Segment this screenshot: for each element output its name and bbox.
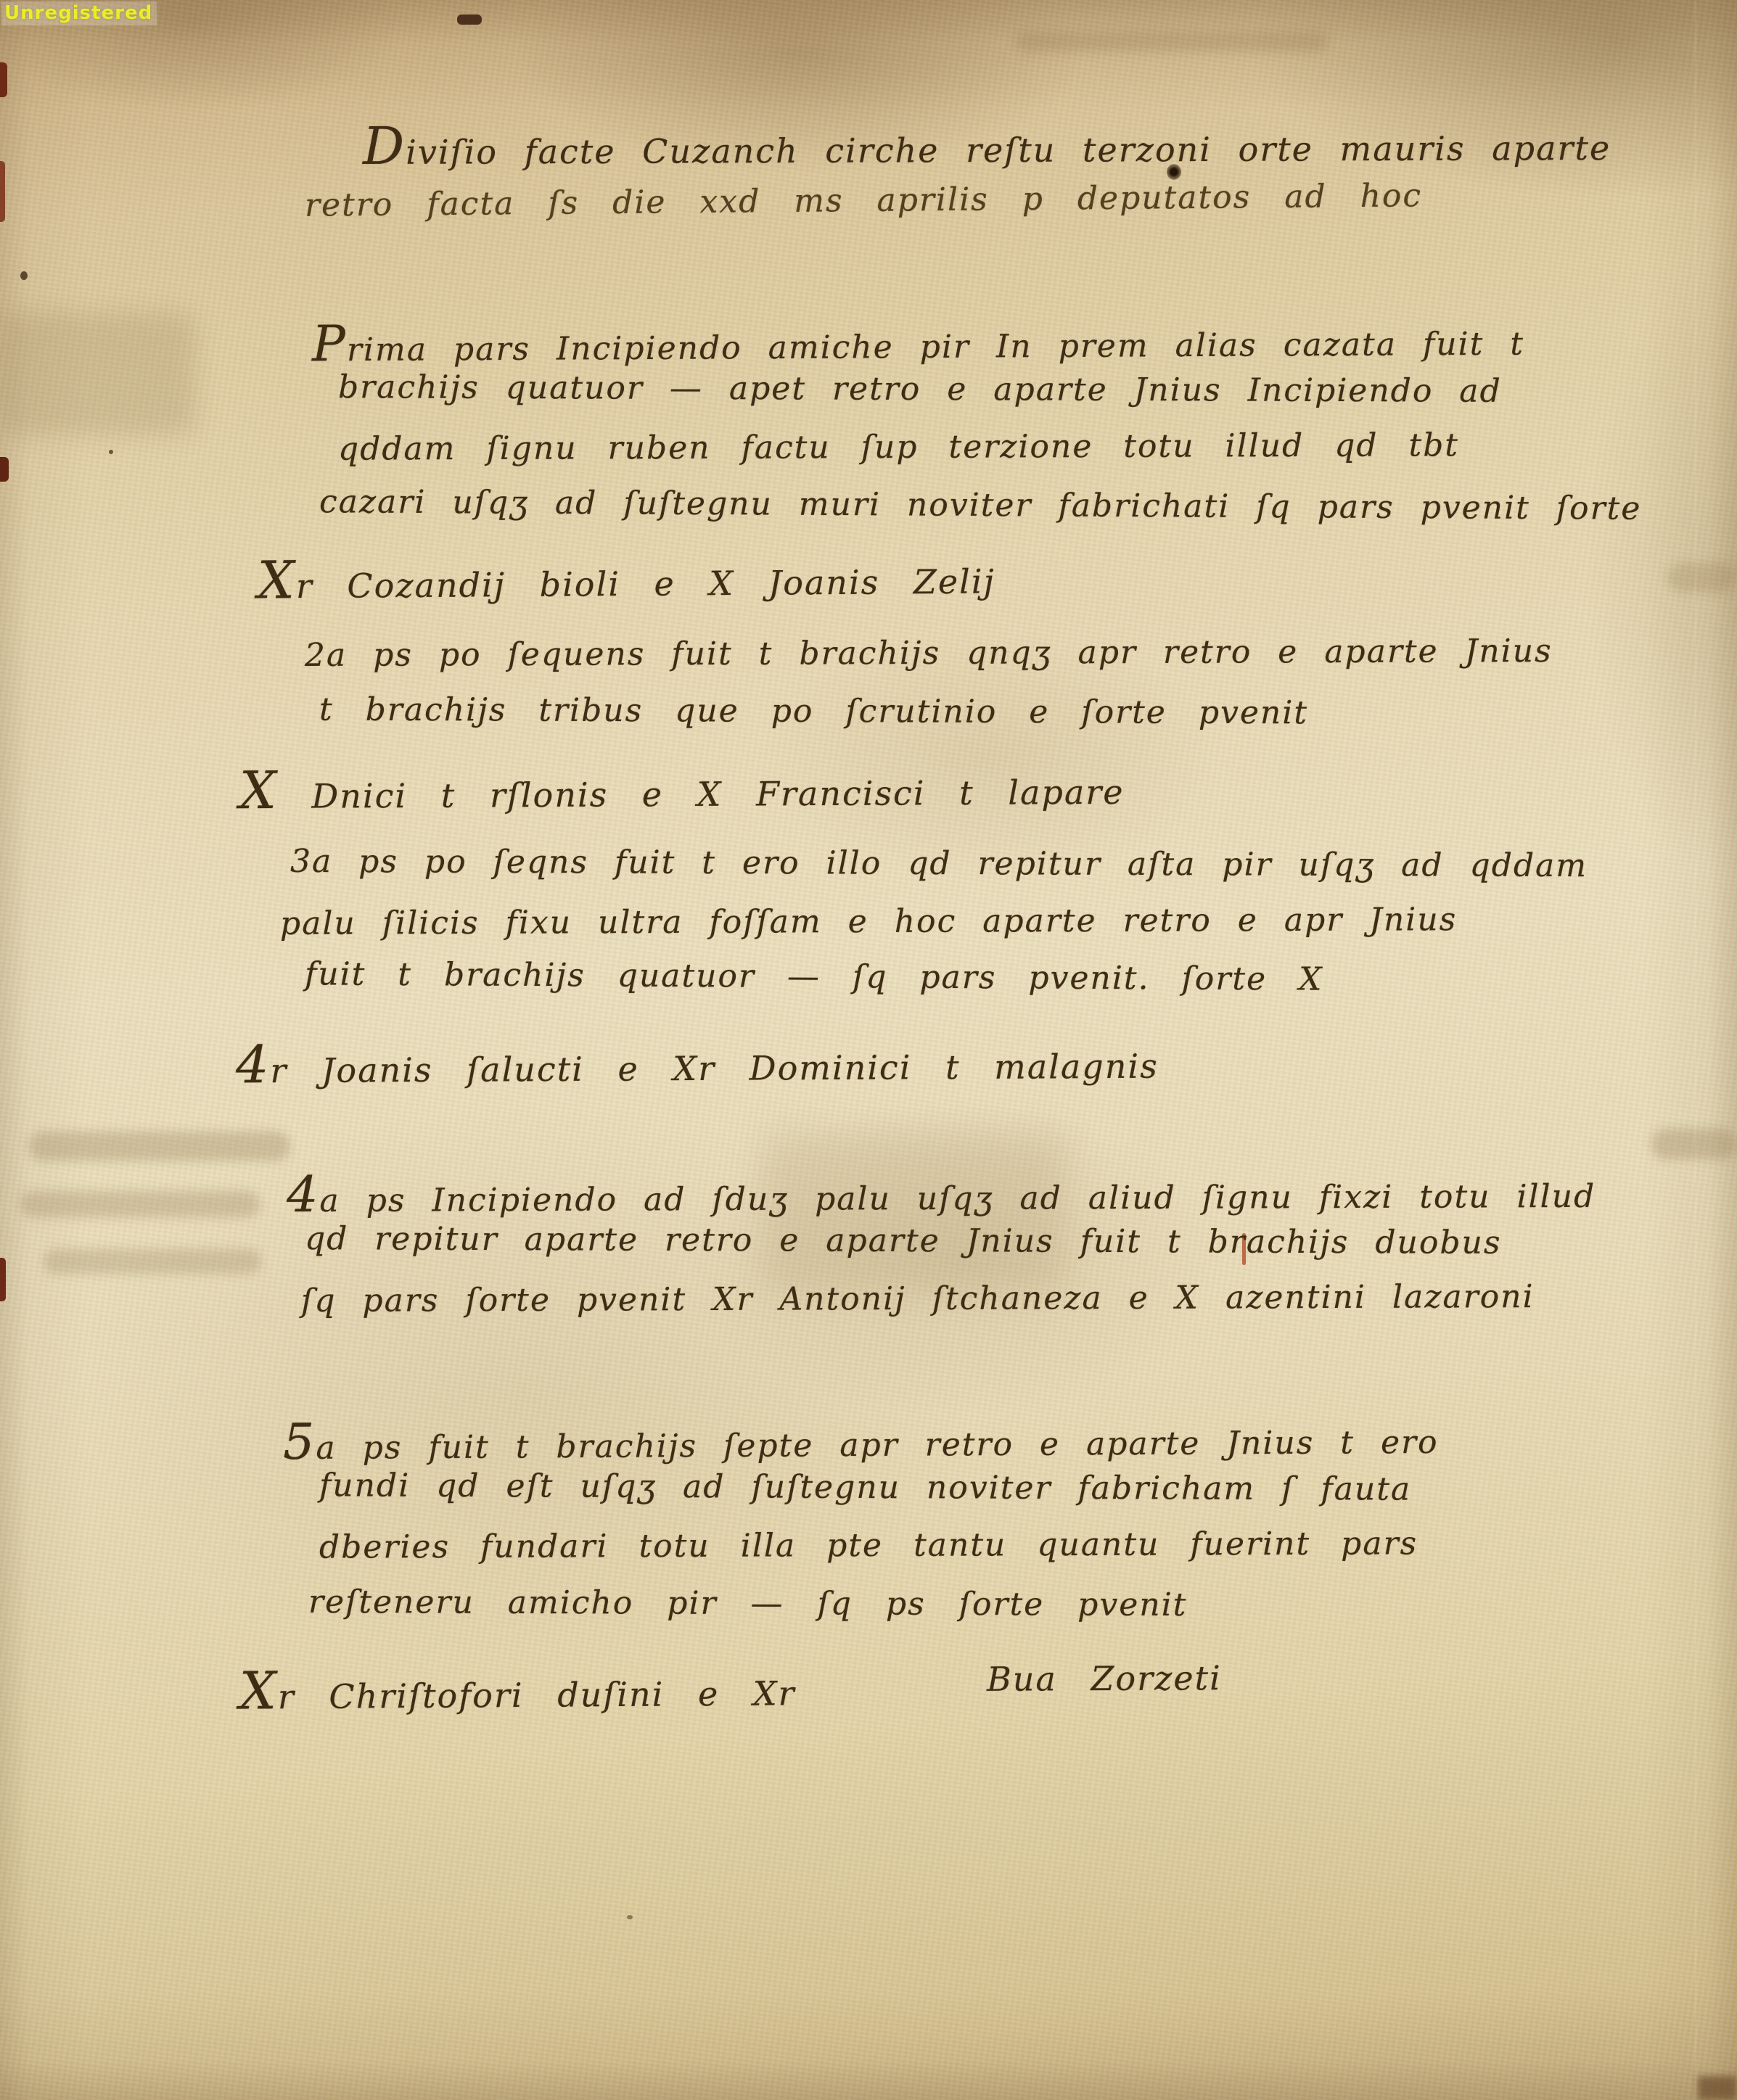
paper-speck (627, 1915, 633, 1919)
manuscript-line-1: Diviſio facte Cuzanch cirche reſtu terzo… (363, 112, 1611, 176)
ghost-writing-smudge (20, 1191, 260, 1217)
paper-speck (20, 271, 28, 280)
manuscript-line-22: Xr Chriſtofori duſini e Xr (239, 1658, 796, 1721)
manuscript-line-9: t brachijs tribus que po ſcrutinio e ſor… (319, 692, 1308, 732)
manuscript-page: Unregistered Diviſio facte Cuzanch circh… (0, 0, 1737, 2100)
corner-shadow (1698, 2076, 1737, 2100)
edge-mark (0, 62, 7, 97)
manuscript-line-12: palu ſilicis fixu ultra foſſam e hoc apa… (280, 902, 1457, 942)
ghost-writing-smudge (1016, 33, 1328, 52)
manuscript-line-14: 4r Joanis ſalucti e Xr Dominici t malagn… (236, 1031, 1159, 1095)
manuscript-line-19: fundi qd eſt uſqʒ ad ſuſtegnu noviter fa… (319, 1467, 1411, 1508)
manuscript-line-13: fuit t brachijs quatuor — ſq pars pvenit… (305, 956, 1323, 998)
manuscript-line-8: 2a ps po ſequens fuit t brachijs qnqʒ ap… (305, 633, 1553, 675)
watermark-label: Unregistered (1, 1, 157, 25)
manuscript-line-18: 5a ps fuit t brachijs ſepte apr retro e … (283, 1409, 1439, 1472)
manuscript-line-3: Prima pars Incipiendo amiche pir In prem… (312, 310, 1524, 374)
edge-mark (0, 457, 9, 482)
manuscript-line-10: X Dnici t rſlonis e X Francisci t lapare (239, 757, 1125, 820)
paper-speck (109, 450, 113, 454)
manuscript-line-21: reſteneru amicho pir — ſq ps ſorte pveni… (308, 1584, 1188, 1624)
edge-mark (0, 1258, 6, 1301)
ghost-writing-smudge (29, 1132, 290, 1161)
edge-mark (0, 161, 5, 222)
manuscript-line-16: qd repitur aparte retro e aparte Jnius f… (305, 1221, 1502, 1261)
ghost-writing-smudge (0, 312, 196, 435)
manuscript-line-17: ſq pars ſorte pvenit Xr Antonij ſtchanez… (301, 1279, 1535, 1320)
manuscript-line-20: dberies fundari totu illa pte tantu quan… (319, 1525, 1418, 1566)
manuscript-line-11: 3a ps po ſeqns fuit t ero illo qd repitu… (290, 844, 1588, 885)
manuscript-line-15: 4a ps Incipiendo ad ſduʒ palu uſqʒ ad al… (287, 1163, 1596, 1224)
ghost-writing-smudge (1667, 563, 1737, 592)
ghost-writing-smudge (1651, 1129, 1737, 1159)
manuscript-line-2: retro facta ſs die xxd ms aprilis p depu… (305, 178, 1422, 224)
ghost-writing-smudge (44, 1249, 261, 1274)
manuscript-line-5: qddam ſignu ruben factu ſup terzione tot… (338, 427, 1459, 468)
manuscript-line-6: cazari uſqʒ ad ſuſtegnu muri noviter fab… (319, 484, 1642, 527)
manuscript-line-7: Xr Cozandij bioli e X Joanis Zelij (258, 545, 995, 610)
edge-mark (457, 15, 482, 25)
paper-crease (1695, 0, 1696, 2100)
manuscript-line-23: Bua Zorzeti (987, 1659, 1222, 1699)
manuscript-line-4: brachijs quatuor — apet retro e aparte J… (338, 369, 1502, 410)
